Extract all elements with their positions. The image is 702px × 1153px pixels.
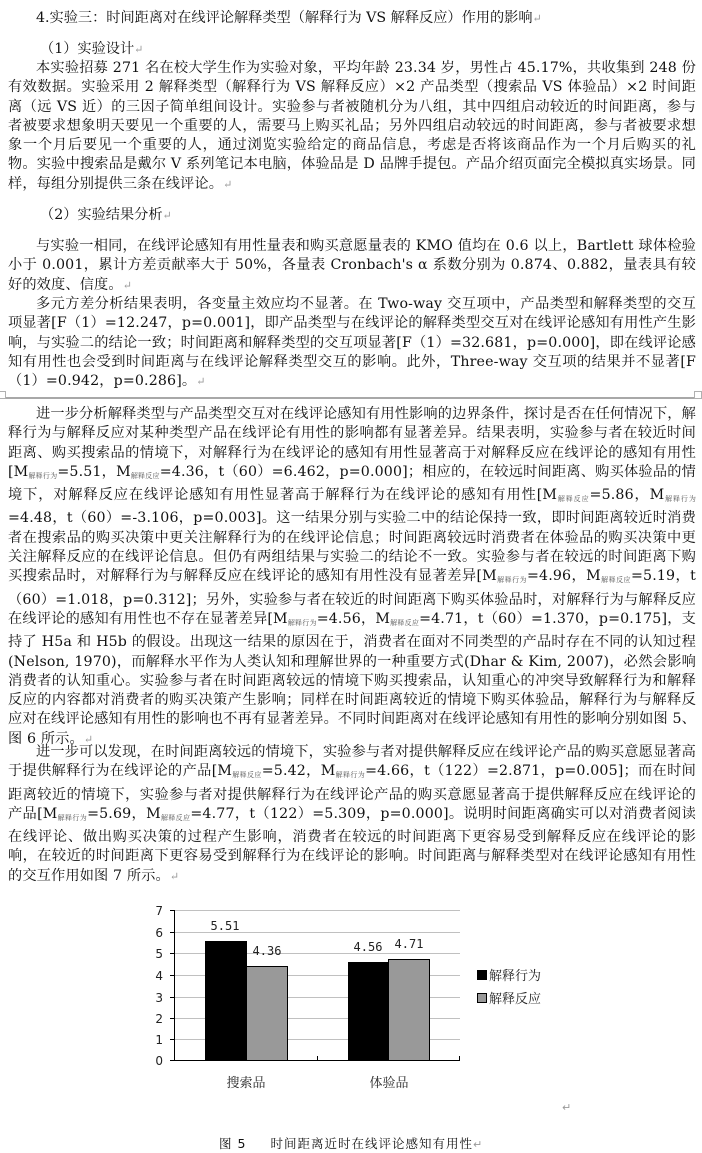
- paragraph-mark: ↵: [533, 12, 542, 25]
- text-run: =5.51，M: [57, 464, 130, 480]
- subscript: 解释行为: [664, 495, 696, 503]
- bar-experience-explain-reaction: [389, 960, 430, 1061]
- bar-search-explain-behavior: [206, 942, 247, 1061]
- x-tick-labels: 搜索品 体验品: [226, 1075, 408, 1091]
- figure-title: 时间距离近时在线评论感知有用性: [270, 1136, 473, 1151]
- subscript: 解释行为: [497, 576, 527, 584]
- page-corner-right: [694, 391, 702, 399]
- svg-text:1: 1: [155, 1033, 163, 1047]
- paragraph-mark: ↵: [134, 43, 143, 56]
- paragraph-mark: ↵: [223, 178, 232, 191]
- paragraph-mark: ↵: [170, 870, 179, 883]
- svg-text:解释反应: 解释反应: [489, 991, 541, 1007]
- gridlines: [174, 911, 460, 1040]
- subheading-results-text: （2）实验结果分析: [40, 207, 163, 223]
- section-heading: 4.实验三：时间距离对在线评论解释类型（解释行为 VS 解释反应）作用的影响↵: [36, 9, 542, 28]
- svg-text:搜索品: 搜索品: [226, 1075, 265, 1091]
- subscript: 解释反应: [390, 619, 419, 627]
- paragraph-mark: ↵: [473, 1138, 483, 1151]
- svg-text:7: 7: [155, 904, 163, 918]
- figure-caption: 图 5时间距离近时在线评论感知有用性↵: [219, 1134, 483, 1152]
- page-corner-left: [0, 391, 6, 399]
- subscript: 解释行为: [335, 771, 365, 779]
- svg-text:6: 6: [155, 926, 163, 940]
- text-run: =4.56，M: [317, 611, 390, 627]
- manova-paragraph-text: 多元方差分析结果表明，各变量主效应均不显著。在 Two-way 交互项中，产品类…: [8, 296, 696, 389]
- svg-text:3: 3: [155, 991, 163, 1005]
- text-run: =4.71，t（60）=1.370，p=0.175]，支持了 H5a 和 H5b…: [8, 611, 696, 747]
- subscript: 解释反应: [557, 495, 589, 503]
- svg-text:0: 0: [155, 1054, 163, 1068]
- x-axis: [174, 1056, 460, 1061]
- subscript: 解释行为: [57, 814, 87, 822]
- svg-text:4.71: 4.71: [395, 937, 424, 951]
- svg-text:4.56: 4.56: [354, 940, 383, 954]
- subscript: 解释反应: [161, 814, 191, 822]
- purchase-intention-paragraph: 进一步可以发现，在时间距离较远的情境下，实验参与者对提供解释反应在线评论产品的购…: [8, 743, 696, 886]
- legend: 解释行为 解释反应: [478, 968, 542, 1007]
- design-paragraph-text: 本实验招募 271 名在校大学生作为实验对象，平均年龄 23.34 岁，男性占 …: [8, 60, 696, 192]
- svg-text:4.36: 4.36: [253, 944, 282, 958]
- subscript: 解释反应: [131, 472, 160, 480]
- subheading-design-text: （1）实验设计: [40, 41, 134, 57]
- y-tick-labels: 7 6 5 4 3 2 1 0: [155, 904, 163, 1068]
- bars: [206, 942, 430, 1061]
- boundary-analysis-paragraph: 进一步分析解释类型与产品类型交互对在线评论感知有用性影响的边界条件，探讨是否在任…: [8, 405, 696, 749]
- text-run: =5.69，M: [87, 806, 161, 822]
- subheading-results: （2）实验结果分析↵: [40, 206, 172, 225]
- svg-text:体验品: 体验品: [369, 1075, 408, 1091]
- svg-text:4: 4: [155, 969, 163, 983]
- design-paragraph: 本实验招募 271 名在校大学生作为实验对象，平均年龄 23.34 岁，男性占 …: [8, 59, 696, 194]
- svg-text:5: 5: [155, 947, 163, 961]
- subscript: 解释行为: [28, 472, 57, 480]
- bar-experience-explain-behavior: [349, 963, 389, 1061]
- manova-paragraph: 多元方差分析结果表明，各变量主效应均不显著。在 Two-way 交互项中，产品类…: [8, 295, 696, 391]
- text-run: =5.42，M: [262, 763, 336, 779]
- subscript: 解释反应: [232, 771, 262, 779]
- paragraph-mark: ↵: [123, 279, 132, 292]
- y-axis: [170, 910, 175, 1061]
- subheading-design: （1）实验设计↵: [40, 40, 143, 59]
- data-labels: 5.51 4.36 4.56 4.71: [211, 919, 424, 958]
- subscript: 解释行为: [288, 619, 317, 627]
- paragraph-mark: ↵: [562, 1101, 571, 1114]
- svg-text:5.51: 5.51: [211, 919, 240, 933]
- legend-swatch-explain-reaction: [478, 994, 487, 1003]
- reliability-paragraph: 与实验一相同，在线评论感知有用性量表和购买意愿量表的 KMO 值均在 0.6 以…: [8, 237, 696, 295]
- section-heading-text: 4.实验三：时间距离对在线评论解释类型（解释行为 VS 解释反应）作用的影响: [36, 10, 533, 26]
- svg-text:解释行为: 解释行为: [489, 968, 541, 984]
- page-break-separator: [0, 397, 702, 399]
- bar-search-explain-reaction: [247, 967, 288, 1061]
- svg-text:2: 2: [155, 1012, 163, 1026]
- text-run: =5.86，M: [590, 487, 665, 503]
- figure-number: 图 5: [219, 1136, 246, 1151]
- paragraph-mark: ↵: [196, 375, 205, 388]
- legend-swatch-explain-behavior: [478, 971, 487, 980]
- reliability-paragraph-text: 与实验一相同，在线评论感知有用性量表和购买意愿量表的 KMO 值均在 0.6 以…: [8, 238, 696, 293]
- text-run: =4.96，M: [527, 568, 601, 584]
- subscript: 解释反应: [601, 576, 631, 584]
- paragraph-mark: ↵: [163, 209, 172, 222]
